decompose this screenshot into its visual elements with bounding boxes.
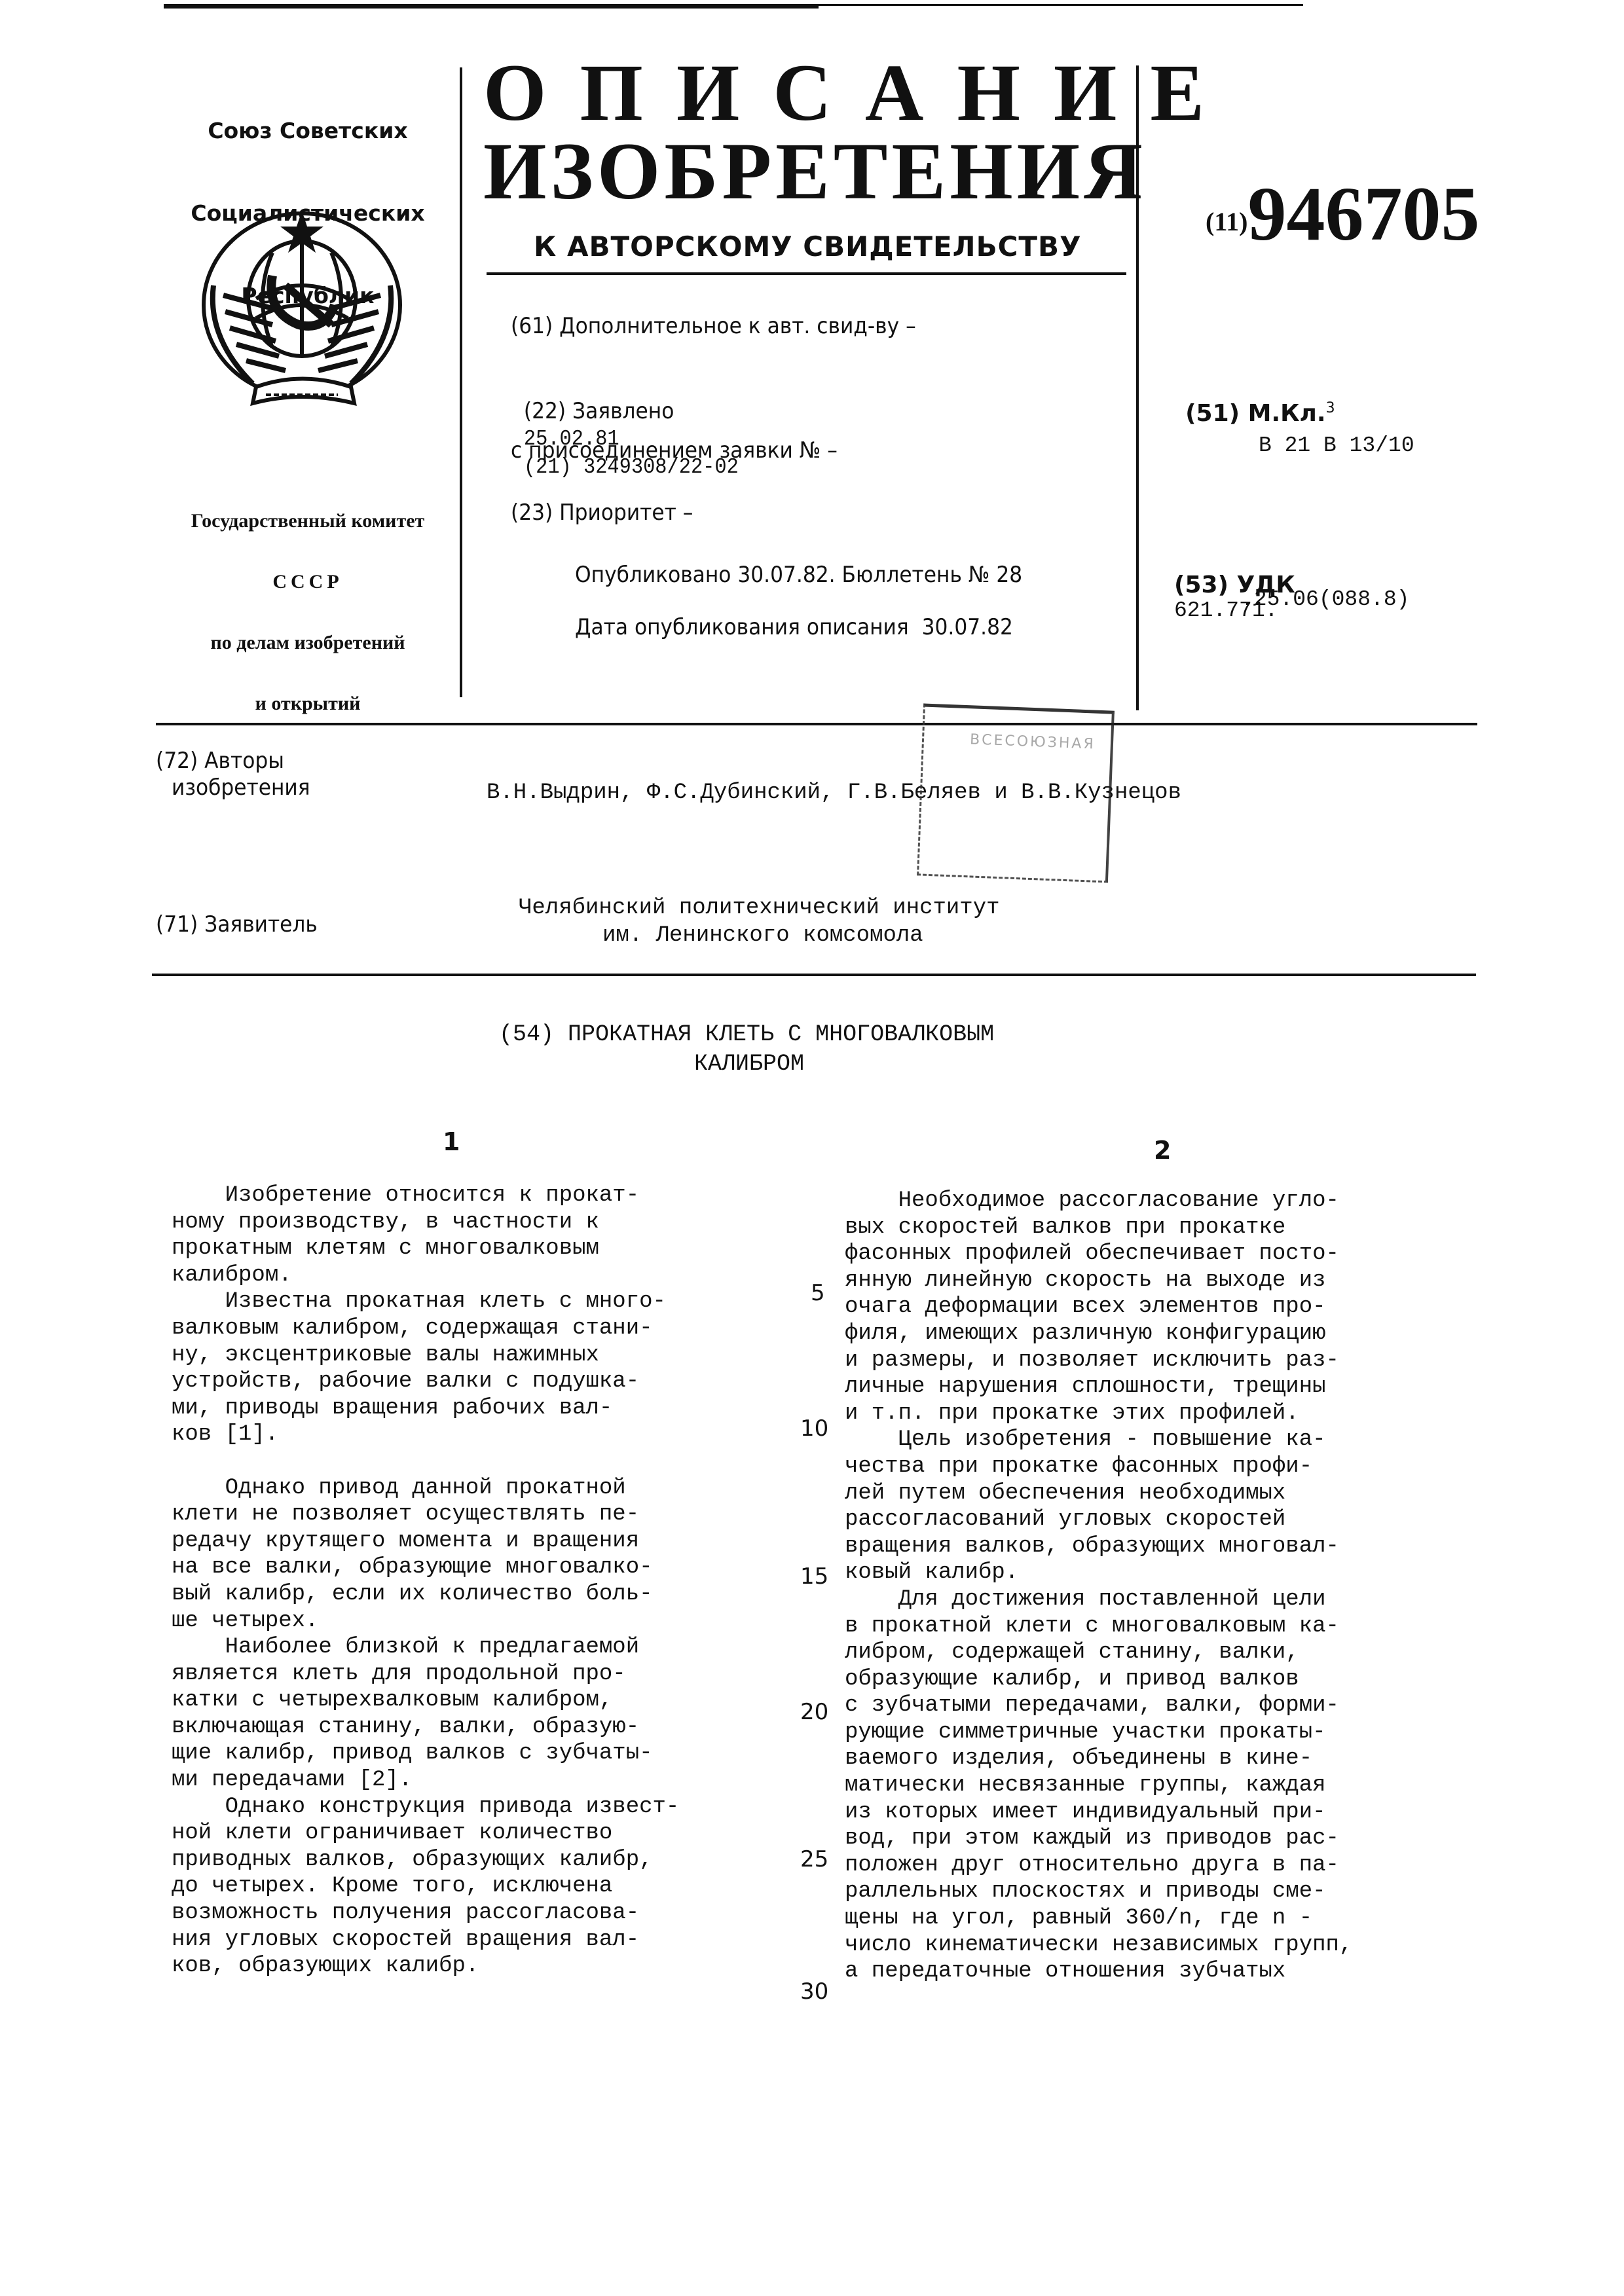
- text-line: ния угловых скоростей вращения вал-: [172, 1927, 679, 1954]
- field-51-label: (51) М.Кл.3: [1169, 373, 1335, 427]
- patent-number: (11)946705: [1167, 98, 1479, 261]
- ussr-emblem-icon: [189, 195, 405, 405]
- committee-line: Государственный комитет: [138, 511, 478, 531]
- text-line: фасонных профилей обеспечивает посто-: [845, 1241, 1352, 1267]
- field-71-label: (71) Заявитель: [156, 911, 318, 938]
- text-line: ваемого изделия, объединены в кине-: [845, 1745, 1352, 1772]
- committee-line: по делам изобретений: [138, 632, 478, 653]
- text-line: прокатным клетям с многовалковым: [172, 1235, 679, 1262]
- text-line: чества при прокатке фасонных профи-: [845, 1453, 1352, 1480]
- line-number: 5: [811, 1280, 825, 1306]
- text-line: катки с четырехвалковым калибром,: [172, 1687, 679, 1714]
- text-line: Необходимое рассогласование угло-: [845, 1188, 1352, 1214]
- field-51-superscript: 3: [1326, 400, 1335, 416]
- text-line: приводных валков, образующих калибр,: [172, 1847, 679, 1874]
- committee-name: Государственный комитет СССР по делам из…: [138, 470, 478, 734]
- text-line: ной клети ограничивает количество: [172, 1820, 679, 1847]
- section-rule-2: [152, 974, 1476, 976]
- text-line: Известна прокатная клеть с много-: [172, 1288, 679, 1315]
- top-rule-thin: [819, 4, 1303, 6]
- field-72-label-2: изобретения: [172, 774, 310, 801]
- text-line: калибром.: [172, 1262, 679, 1289]
- text-line: в прокатной клети с многовалковым ка-: [845, 1613, 1352, 1640]
- title-line-2: ИЗОБРЕТЕНИЯ: [483, 131, 1147, 212]
- field-53-value-2: .25.06(088.8): [1241, 587, 1409, 611]
- text-line: с зубчатыми передачами, валки, форми-: [845, 1692, 1352, 1719]
- description-date: Дата опубликования описания 30.07.82: [575, 614, 1013, 640]
- text-line: рующие симметричные участки прокаты-: [845, 1719, 1352, 1746]
- line-number: 30: [800, 1978, 828, 2005]
- field-51-value: В 21 В 13/10: [1259, 433, 1414, 458]
- text-line: Наиболее близкой к предлагаемой: [172, 1634, 679, 1661]
- stamp-text: ВСЕСОЮЗНАЯ: [970, 731, 1096, 752]
- text-line: до четырех. Кроме того, исключена: [172, 1873, 679, 1900]
- text-line: число кинематически независимых групп,: [845, 1932, 1352, 1959]
- text-line: вод, при этом каждый из приводов рас-: [845, 1825, 1352, 1852]
- text-line: валковым калибром, содержащая стани-: [172, 1315, 679, 1342]
- text-line: янную линейную скорость на выходе из: [845, 1267, 1352, 1294]
- text-line: вый калибр, если их количество боль-: [172, 1581, 679, 1608]
- right-column-text: Необходимое рассогласование угло-вых ско…: [845, 1188, 1352, 1985]
- text-line: устройств, рабочие валки с подушка-: [172, 1368, 679, 1395]
- title-line-1: О П И С А Н И Е: [483, 52, 1211, 134]
- text-line: возможность получения рассогласова-: [172, 1900, 679, 1927]
- subtitle: К АВТОРСКОМУ СВИДЕТЕЛЬСТВУ: [534, 230, 1081, 263]
- text-line: вращения валков, образующих многовал-: [845, 1533, 1352, 1560]
- text-line: редачу крутящего момента и вращения: [172, 1528, 679, 1555]
- library-stamp-icon: ВСЕСОЮЗНАЯ: [917, 703, 1115, 883]
- committee-line: СССР: [138, 572, 478, 592]
- text-line: щие калибр, привод валков с зубчаты-: [172, 1740, 679, 1767]
- line-number: 10: [800, 1415, 828, 1442]
- text-line: лей путем обеспечения необходимых: [845, 1480, 1352, 1507]
- field-72-label-1: (72) Авторы: [156, 748, 284, 774]
- text-line: либром, содержащей станину, валки,: [845, 1639, 1352, 1666]
- text-line: и размеры, и позволяет исключить раз-: [845, 1347, 1352, 1374]
- field-23: (23) Приоритет –: [511, 500, 693, 526]
- text-line: Для достижения поставленной цели: [845, 1586, 1352, 1613]
- text-line: рассогласований угловых скоростей: [845, 1506, 1352, 1533]
- text-line: ковый калибр.: [845, 1559, 1352, 1586]
- committee-line: и открытий: [138, 693, 478, 714]
- text-line: ми, приводы вращения рабочих вал-: [172, 1395, 679, 1422]
- text-line: а передаточные отношения зубчатых: [845, 1958, 1352, 1985]
- text-line: ну, эксцентриковые валы нажимных: [172, 1342, 679, 1369]
- text-line: и т.п. при прокатке этих профилей.: [845, 1400, 1352, 1427]
- top-rule: [164, 4, 819, 9]
- text-line: ми передачами [2].: [172, 1767, 679, 1794]
- field-51-text: (51) М.Кл.: [1185, 400, 1326, 427]
- patent-code: (11): [1206, 207, 1247, 236]
- section-rule-1: [156, 723, 1477, 725]
- text-line: очага деформации всех элементов про-: [845, 1294, 1352, 1321]
- patent-number-value: 946705: [1247, 171, 1479, 257]
- line-number: 20: [800, 1699, 828, 1725]
- text-line: ше четырех.: [172, 1608, 679, 1635]
- text-line: Цель изобретения - повышение ка-: [845, 1427, 1352, 1453]
- text-line: включающая станину, валки, образую-: [172, 1714, 679, 1741]
- applicant-line-1: Челябинский политехнический институт: [519, 896, 1000, 920]
- line-number: 15: [800, 1563, 828, 1590]
- text-line: матически несвязанные группы, каждая: [845, 1772, 1352, 1799]
- column-number-left: 1: [443, 1127, 460, 1156]
- left-column-text: Изобретение относится к прокат-ному прои…: [172, 1182, 679, 1980]
- invention-title-line-1: (54) ПРОКАТНАЯ КЛЕТЬ С МНОГОВАЛКОВЫМ: [499, 1021, 994, 1048]
- joined-application: с присоединением заявки № –: [511, 437, 838, 464]
- org-line: Союз Советских: [138, 117, 478, 145]
- text-line: на все валки, образующие многовалко-: [172, 1554, 679, 1581]
- text-line: образующие калибр, и привод валков: [845, 1666, 1352, 1693]
- text-line: ков, образующих калибр.: [172, 1953, 679, 1980]
- text-line: вых скоростей валков при прокатке: [845, 1214, 1352, 1241]
- vertical-divider-left: [460, 67, 462, 697]
- text-line: является клеть для продольной про-: [172, 1661, 679, 1688]
- text-line: Изобретение относится к прокат-: [172, 1182, 679, 1209]
- applicant-line-2: им. Ленинского комсомола: [602, 923, 923, 948]
- text-line: из которых имеет индивидуальный при-: [845, 1799, 1352, 1826]
- subtitle-rule: [487, 272, 1126, 275]
- text-line: Однако привод данной прокатной: [172, 1475, 679, 1502]
- line-number: 25: [800, 1846, 828, 1872]
- text-line: филя, имеющих различную конфигурацию: [845, 1321, 1352, 1347]
- field-22: (22) Заявлено 25.02.81 (21) 3249308/22-0…: [511, 372, 739, 481]
- text-line: личные нарушения сплошности, трещины: [845, 1374, 1352, 1400]
- text-line: ков [1].: [172, 1421, 679, 1448]
- published: Опубликовано 30.07.82. Бюллетень № 28: [575, 562, 1022, 588]
- field-22-label: (22) Заявлено: [524, 398, 674, 424]
- text-line: раллельных плоскостях и приводы сме-: [845, 1878, 1352, 1905]
- text-line: клети не позволяет осуществлять пе-: [172, 1501, 679, 1528]
- column-number-right: 2: [1154, 1136, 1171, 1165]
- text-line: ному производству, в частности к: [172, 1209, 679, 1236]
- text-line: положен друг относительно друга в па-: [845, 1852, 1352, 1879]
- field-61: (61) Дополнительное к авт. свид-ву –: [511, 313, 916, 339]
- text-line: [172, 1448, 679, 1475]
- text-line: Однако конструкция привода извест-: [172, 1794, 679, 1821]
- invention-title-line-2: КАЛИБРОМ: [694, 1051, 804, 1077]
- text-line: щены на угол, равный 360/n, где n -: [845, 1905, 1352, 1932]
